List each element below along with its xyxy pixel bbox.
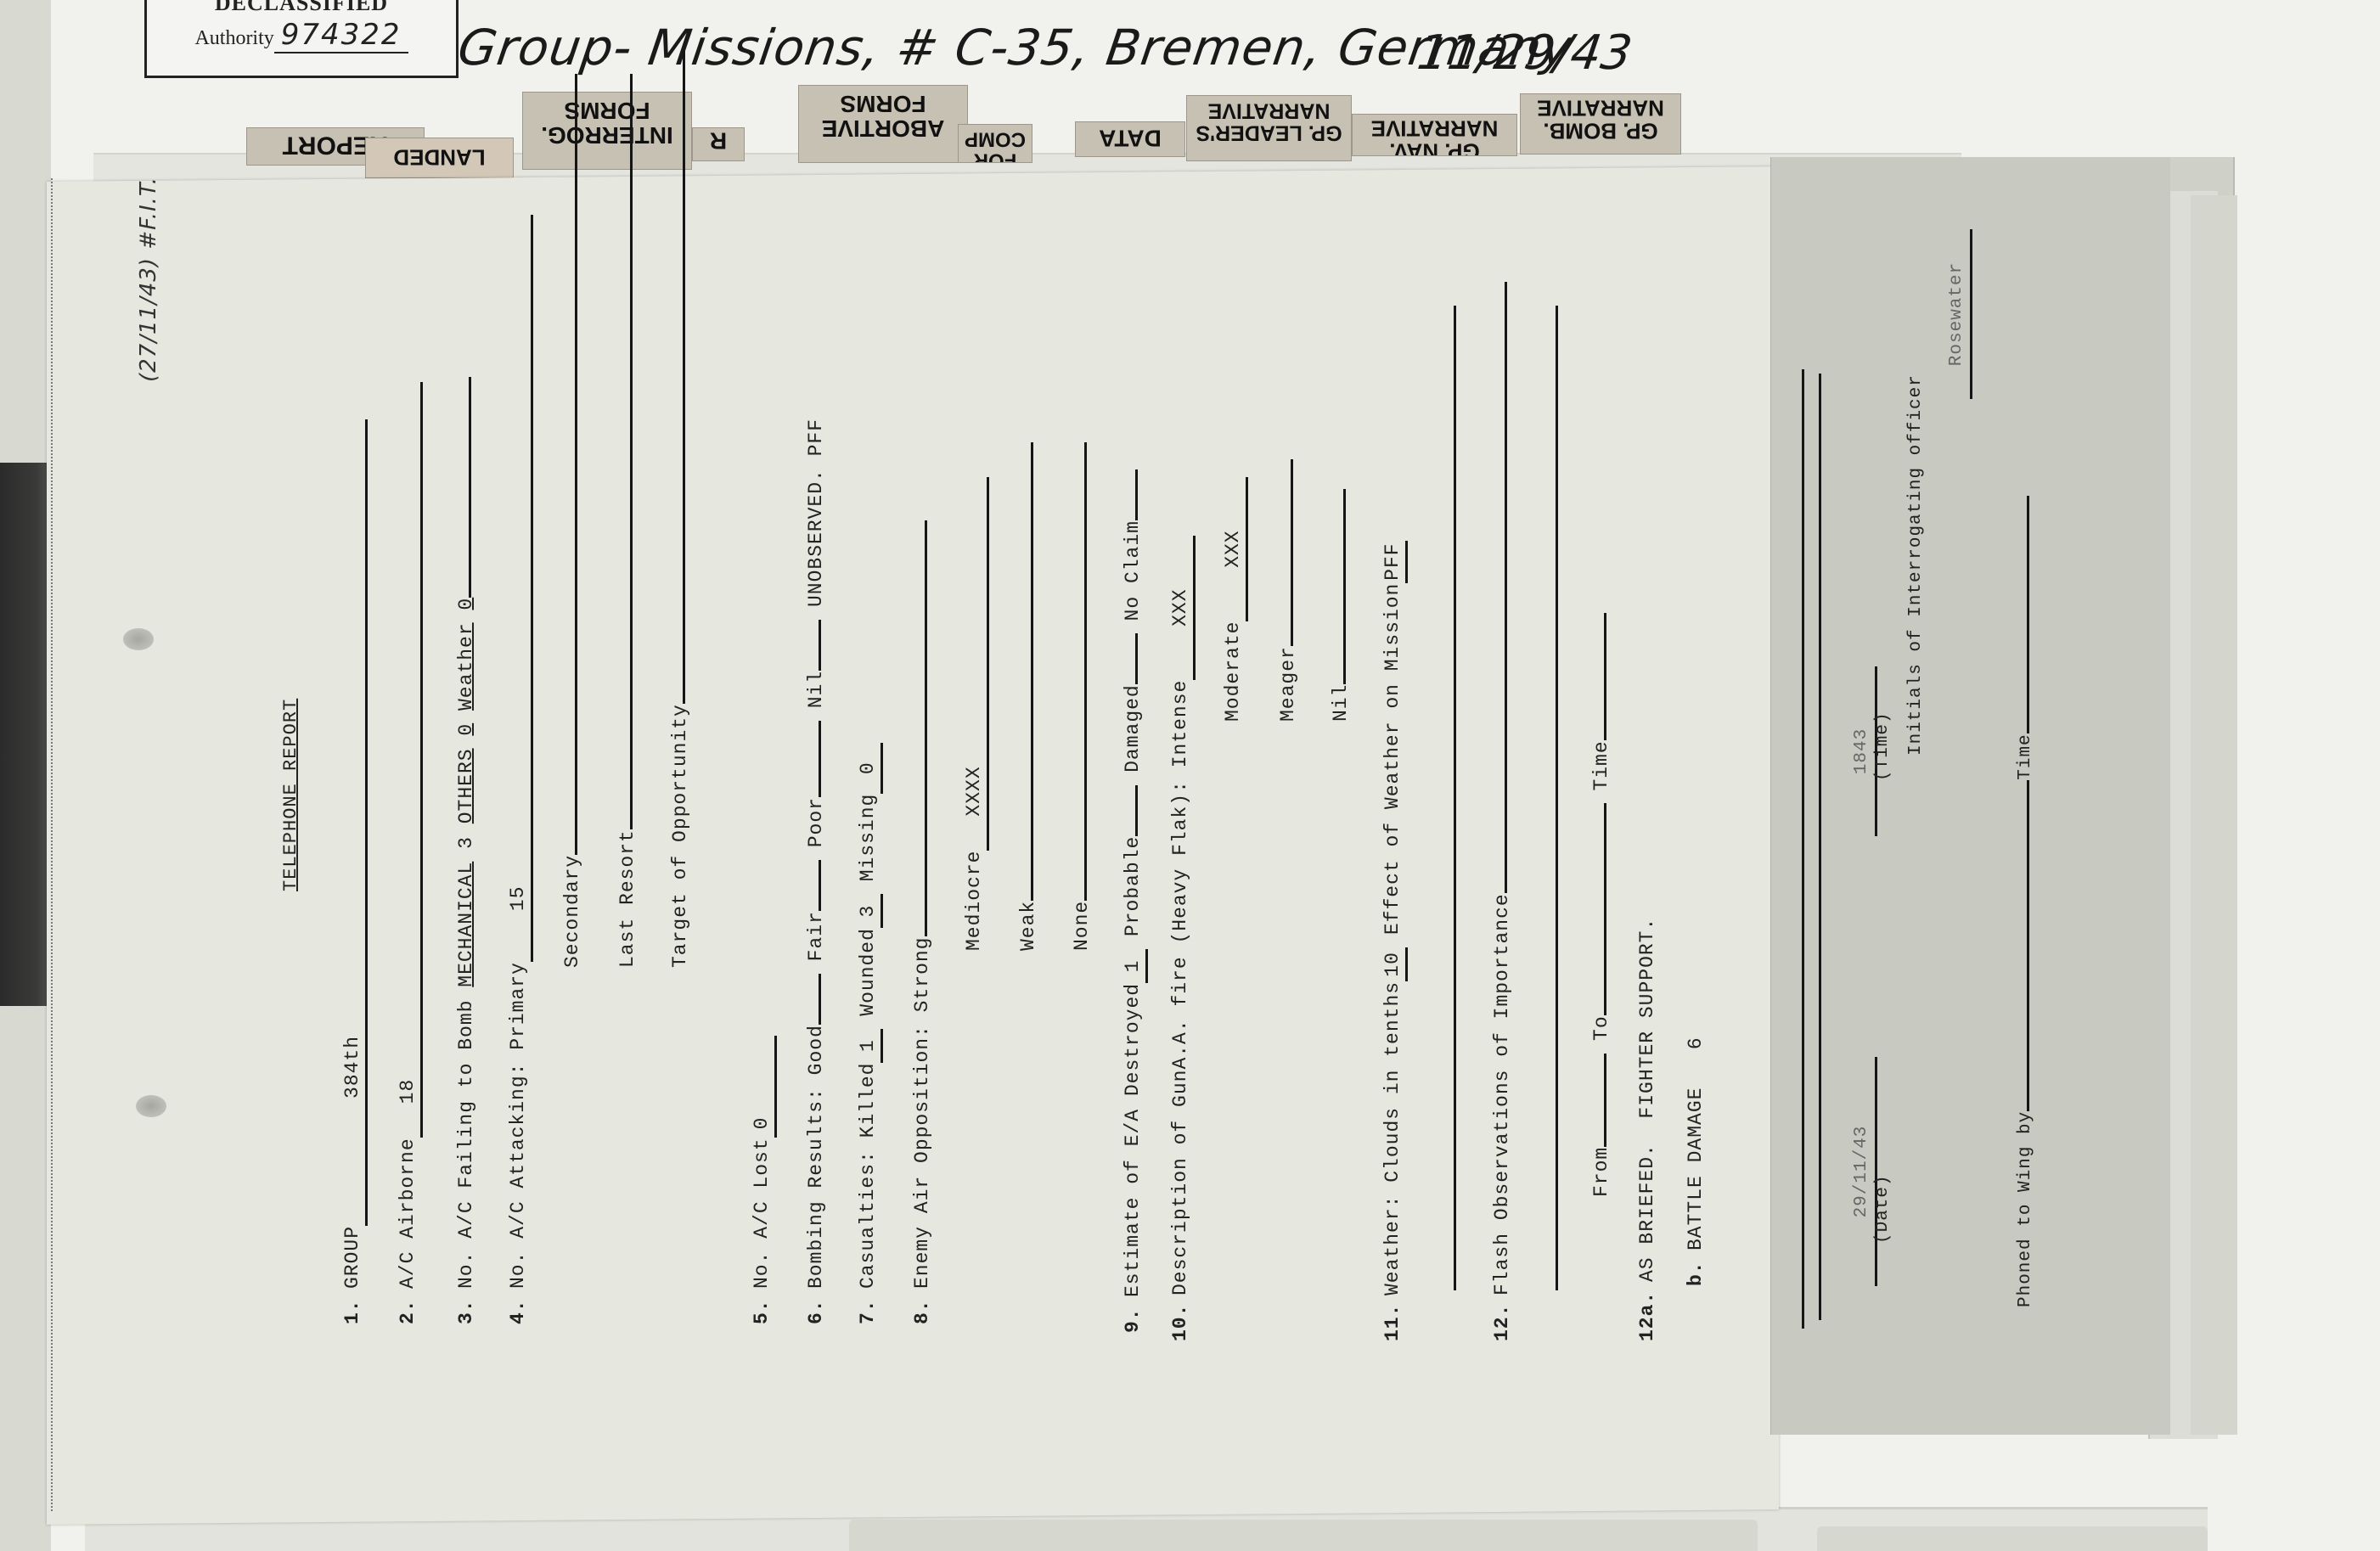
intense-value[interactable]: XXX	[1167, 536, 1196, 680]
field-enemy-air: 8.Enemy Air Opposition: Strong	[906, 521, 935, 1325]
primary-value[interactable]: 15	[505, 215, 533, 962]
field-secondary: Secondary	[556, 74, 585, 968]
form-content: (27/11/43) #F.I.T. TELEPHONE REPORT 1.GR…	[280, 51, 2063, 1324]
effect-value[interactable]: PFF	[1380, 541, 1408, 583]
field-battle-damage: b.BATTLE DAMAGE 6	[1683, 1037, 1708, 1286]
airborne-value[interactable]: 18	[395, 382, 423, 1138]
field-target-of-opportunity: Target of Opportunity	[664, 50, 693, 968]
initials-label: Initials of Interrogating officer	[1904, 374, 1929, 756]
weather-value[interactable]: 0	[455, 598, 477, 610]
date-value: 29/11/43	[1852, 1126, 1871, 1218]
field-airborne: 2.A/C Airborne18	[395, 382, 423, 1324]
lost-value[interactable]: 0	[749, 1036, 777, 1138]
field-mediocre: MediocreXXXX	[961, 477, 989, 951]
perforated-edge	[51, 178, 56, 1511]
footer-time-label: (Time)	[1871, 711, 1896, 781]
field-casualties: 7.Casualties: Killed1 Wounded3 Missing0	[855, 743, 883, 1324]
bottom-folder-tab	[1817, 1526, 2208, 1551]
group-value[interactable]: 384th	[340, 419, 368, 1226]
destroyed-value[interactable]: 1	[1120, 949, 1148, 983]
stamp-authority-value: 974322	[274, 18, 408, 53]
mediocre-value[interactable]: XXXX	[961, 477, 989, 851]
field-meager: Meager	[1272, 459, 1301, 722]
time-value: 1843	[1852, 728, 1871, 774]
punch-hole	[123, 628, 154, 650]
secondary-value[interactable]	[556, 74, 577, 855]
stamp-authority-label: Authority	[194, 27, 273, 49]
field-failing-to-bomb: 3.No. A/C Failing to Bomb MECHANICAL 3 O…	[450, 377, 479, 1324]
field-attacking: 4.No. A/C Attacking: Primary15	[505, 215, 533, 1324]
bombing-note: UNOBSERVED. PFF	[805, 419, 827, 607]
killed-value[interactable]: 1	[855, 1029, 883, 1063]
initials-field: Rosewater	[1944, 229, 1972, 399]
field-flash-observations: 12.Flash Observations of Importance	[1486, 282, 1515, 1341]
margin-note: (27/11/43) #F.I.T.	[136, 177, 161, 382]
binder-clip	[0, 463, 53, 1006]
field-fighter-support: 12a.AS BRIEFED. FIGHTER SUPPORT.	[1634, 918, 1660, 1341]
field-lost: 5.No. A/C Lost0	[749, 1036, 777, 1324]
moderate-value[interactable]: XXX	[1220, 477, 1248, 621]
phoned-by-value[interactable]	[2008, 780, 2029, 1111]
footer-double-line-2	[1800, 374, 1829, 1320]
field-bombing-results: 6.Bombing Results: Good Fair Poor Nil UN…	[800, 419, 829, 1324]
bottom-folder-tab	[849, 1520, 1758, 1551]
last-resort-value[interactable]	[611, 74, 633, 829]
phoned-time-value[interactable]	[2008, 496, 2029, 733]
field-nil: Nil	[1325, 489, 1353, 722]
field-from-to-time: From To Time	[1585, 613, 1614, 1197]
field-moderate: ModerateXXX	[1220, 477, 1248, 722]
field-flak: 10.Description of GunA.A. fire (Heavy Fl…	[1167, 536, 1196, 1341]
phoned-to-wing: Phoned to Wing byTime	[2008, 496, 2039, 1307]
form-title: TELEPHONE REPORT	[279, 699, 304, 891]
battle-damage-value: 6	[1685, 1037, 1707, 1049]
footer-date: 29/11/43	[1849, 1057, 1877, 1286]
weather-blank-line	[1435, 306, 1464, 1290]
stamp-title: DECLASSIFIED	[147, 0, 456, 16]
missing-value[interactable]: 0	[855, 743, 883, 794]
field-last-resort: Last Resort	[611, 74, 640, 968]
stacked-sheet	[2191, 195, 2237, 1435]
flash-blank-line	[1537, 306, 1566, 1290]
target-opportunity-value[interactable]	[664, 50, 685, 704]
field-estimate: 9.Estimate of E/A Destroyed1 Probable Da…	[1117, 469, 1148, 1333]
initials-value: Rosewater	[1947, 262, 1966, 366]
stamp-authority-line: Authority974322	[147, 18, 456, 52]
clouds-value[interactable]: 10	[1380, 947, 1408, 981]
punch-hole	[136, 1095, 166, 1117]
field-weak: Weak	[1012, 442, 1041, 951]
field-group: 1.GROUP384th	[340, 419, 368, 1324]
mechanical-value[interactable]: 3	[455, 836, 477, 849]
field-weather: 11.Weather: Clouds in tenths10 Effect of…	[1380, 541, 1408, 1341]
footer-date-label: (Date)	[1871, 1174, 1896, 1244]
wounded-value[interactable]: 3	[855, 894, 883, 928]
others-value[interactable]: 0	[455, 723, 477, 736]
field-none: None	[1066, 442, 1094, 951]
